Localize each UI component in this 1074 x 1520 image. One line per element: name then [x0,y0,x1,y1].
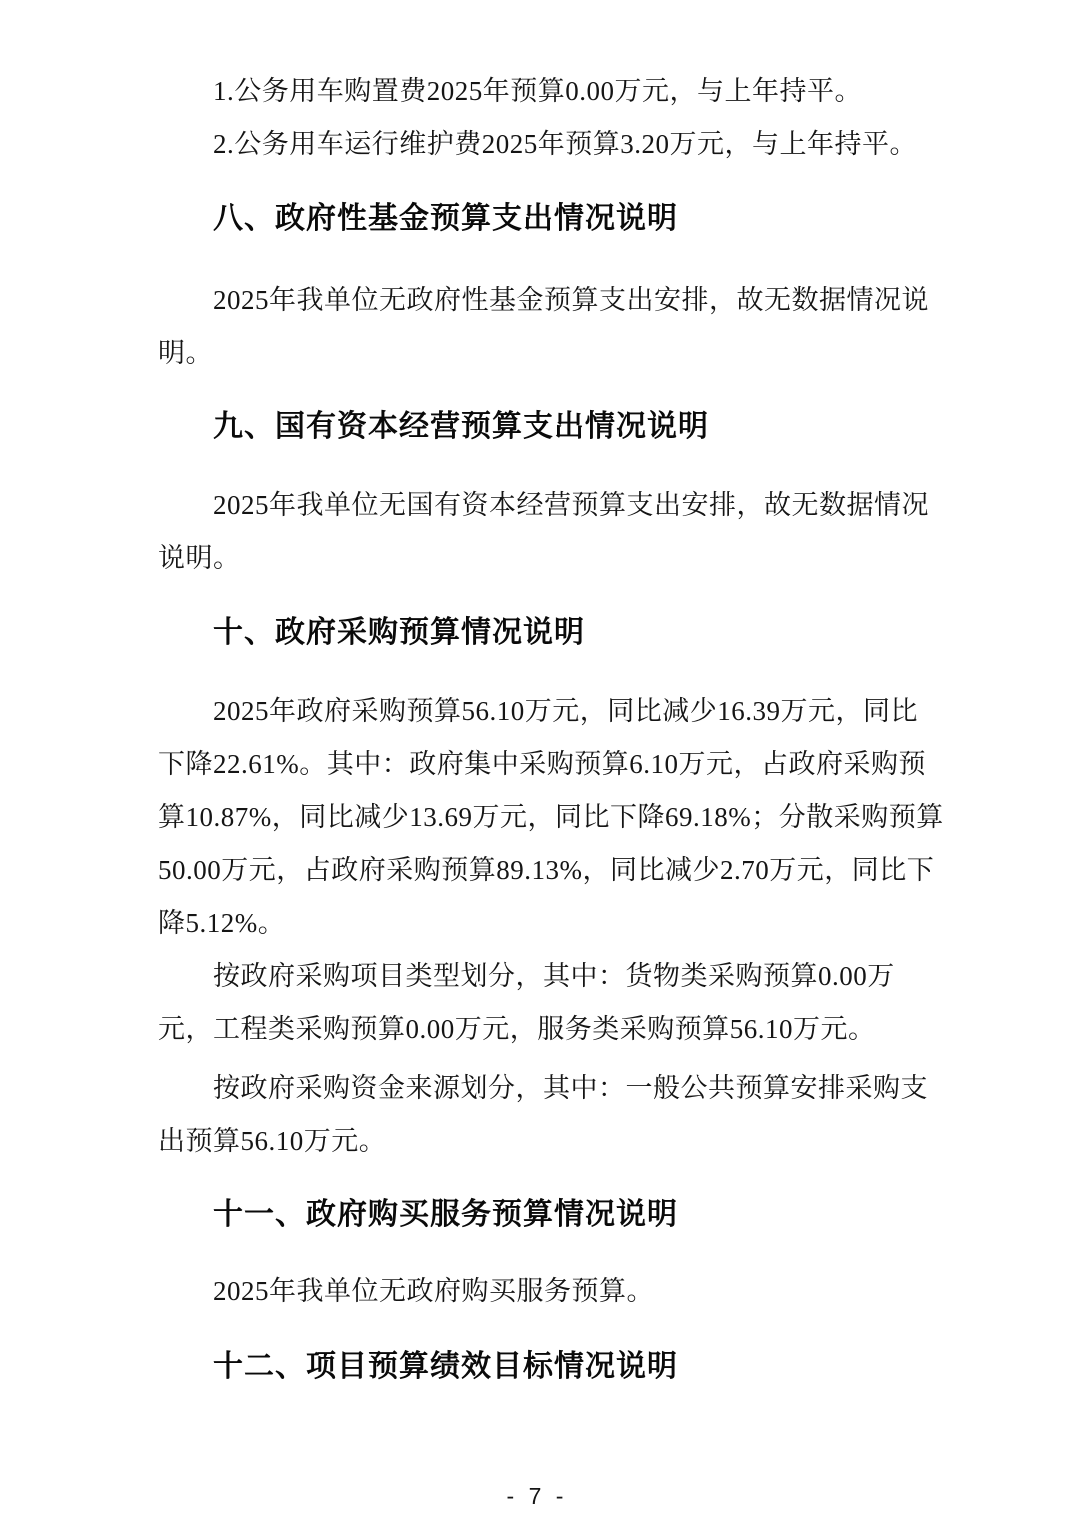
paragraph-line: 元，工程类采购预算0.00万元，服务类采购预算56.10万元。 [158,1003,1074,1056]
paragraph-line: 按政府采购资金来源划分，其中：一般公共预算安排采购支 [158,1062,1074,1115]
section-heading-9: 九、国有资本经营预算支出情况说明 [158,400,1074,454]
section-heading-12: 十二、项目预算绩效目标情况说明 [158,1340,1074,1394]
list-item-car-purchase: 1.公务用车购置费2025年预算0.00万元，与上年持平。 [158,65,1074,118]
paragraph-line: 出预算56.10万元。 [158,1115,1074,1168]
paragraph-line: 降5.12%。 [158,897,1074,950]
paragraph-line: 明。 [158,327,1074,380]
paragraph-line: 算10.87%，同比减少13.69万元，同比下降69.18%；分散采购预算 [158,791,1074,844]
section-heading-8: 八、政府性基金预算支出情况说明 [158,192,1074,246]
document-page: 1.公务用车购置费2025年预算0.00万元，与上年持平。 2.公务用车运行维护… [0,0,1074,1520]
paragraph-line: 下降22.61%。其中：政府集中采购预算6.10万元，占政府采购预 [158,738,1074,791]
section-heading-10: 十、政府采购预算情况说明 [158,606,1074,660]
paragraph-line: 50.00万元，占政府采购预算89.13%，同比减少2.70万元，同比下 [158,844,1074,897]
paragraph-line: 说明。 [158,532,1074,585]
paragraph-line: 2025年政府采购预算56.10万元，同比减少16.39万元，同比 [158,685,1074,738]
page-number: - 7 - [0,1470,1074,1520]
section-heading-11: 十一、政府购买服务预算情况说明 [158,1188,1074,1242]
paragraph-line: 2025年我单位无国有资本经营预算支出安排，故无数据情况 [158,479,1074,532]
paragraph-line: 按政府采购项目类型划分，其中：货物类采购预算0.00万 [158,950,1074,1003]
paragraph-line: 2025年我单位无政府性基金预算支出安排，故无数据情况说 [158,274,1074,327]
paragraph-line: 2025年我单位无政府购买服务预算。 [158,1265,1074,1318]
list-item-car-maintenance: 2.公务用车运行维护费2025年预算3.20万元，与上年持平。 [158,118,1074,171]
